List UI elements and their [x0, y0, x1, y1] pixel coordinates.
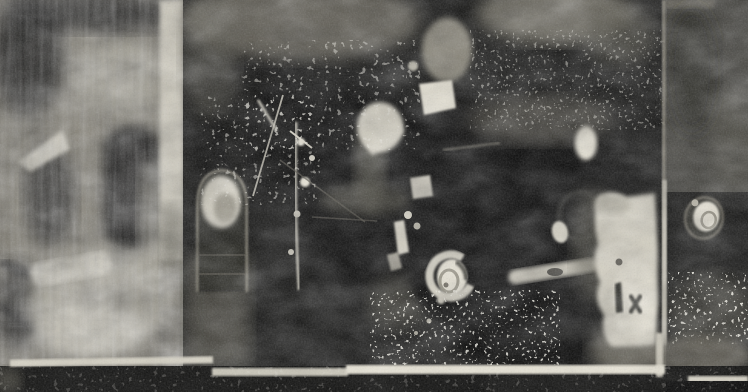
photo-still [0, 0, 748, 392]
film-mottle-overlay [0, 0, 748, 392]
photo-canvas [0, 0, 748, 392]
